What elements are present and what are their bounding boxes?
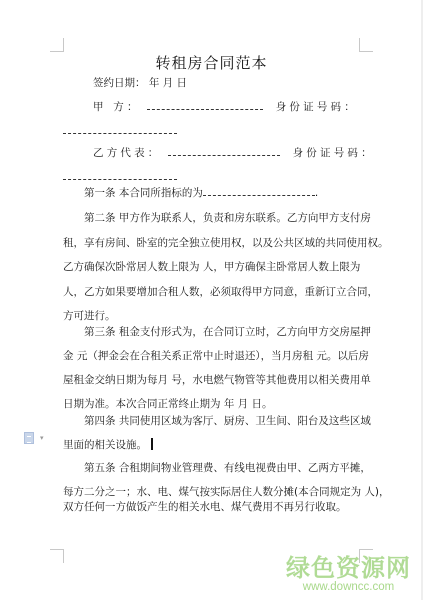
party-b-label: 乙方代表：	[93, 147, 162, 159]
article-2-line-2: 租，享有房间、卧室的完全独立使用权，以及公共区域的共同使用权。	[63, 236, 389, 250]
article-4-line-1: 第四条 共同使用区域为客厅、厨房、卫生间、阳台及这些区域	[84, 414, 371, 428]
article-2-line-1: 第二条 甲方作为联系人，负责和房东联系。乙方向甲方支付房	[84, 211, 371, 225]
article-3-line-4: 日期为准。本次合同正常终止期为 年 月 日。	[63, 397, 273, 411]
party-a-id-row	[63, 124, 177, 138]
margin-corner-bottom-left	[50, 549, 64, 563]
party-b-id-row	[63, 170, 177, 184]
margin-corner-top-left	[50, 38, 64, 52]
watermark: 绿色资源网 www.downcc.com	[286, 548, 411, 593]
party-b-row: 乙方代表： 身份证号码：	[93, 146, 375, 160]
party-b-id-field[interactable]	[63, 170, 177, 180]
article-1-period: .	[315, 187, 318, 199]
margin-corner-top-right	[359, 38, 373, 52]
paste-options-icon[interactable]	[24, 432, 34, 444]
article-5-line-2: 每方二分之一；水、电、煤气按实际居住人数分摊(本合同规定为 人)，	[63, 485, 390, 499]
sign-date: 签约日期： 年 月 日	[93, 76, 187, 90]
article-3-line-1: 第三条 租金支付形式为，在合同订立时，乙方向甲方交房屋押	[84, 325, 371, 339]
party-b-id-label: 身份证号码：	[293, 147, 375, 159]
article-2-line-3: 乙方确保次卧常居人数上限为 人，甲方确保主卧常居人数上限为	[63, 260, 360, 274]
article-1-subject-field[interactable]	[203, 186, 315, 196]
text-cursor	[151, 438, 153, 450]
watermark-name: 绿色资源网	[286, 548, 411, 583]
article-5-line-1: 第五条 合租期间物业管理费、有线电视费由甲、乙两方平摊，	[84, 461, 371, 475]
party-a-id-field[interactable]	[63, 124, 177, 134]
article-3-line-3: 屋租金交纳日期为每月 号，水电燃气物管等其他费用以相关费用单	[63, 373, 371, 387]
document-title: 转租房合同范本	[0, 52, 423, 73]
article-1: 第一条 本合同所指标的为.	[84, 186, 318, 200]
chevron-down-icon[interactable]: ▾	[40, 434, 44, 442]
party-b-name-field[interactable]	[168, 146, 280, 156]
article-3-line-2: 金 元（押金会在合租关系正常中止时退还），当月房租 元。以后房	[63, 349, 369, 363]
article-4-line-2[interactable]: 里面的相关设施。	[63, 438, 153, 452]
article-5-line-3: 双方任何一方做饭产生的相关水电、煤气费用不再另行收取。	[63, 500, 347, 514]
party-a-name-field[interactable]	[147, 100, 263, 110]
party-a-id-label: 身份证号码：	[276, 101, 358, 113]
party-a-label: 甲 方：	[93, 101, 141, 113]
article-1-text: 第一条 本合同所指标的为	[84, 187, 203, 199]
article-2-line-4: 人，乙方如果要增加合租人数，必须取得甲方同意，重新订立合同，	[63, 285, 378, 299]
article-4-line-2-text: 里面的相关设施。	[63, 439, 147, 451]
party-a-row: 甲 方： 身份证号码：	[93, 100, 358, 114]
article-2-line-5: 方可进行。	[63, 309, 116, 323]
